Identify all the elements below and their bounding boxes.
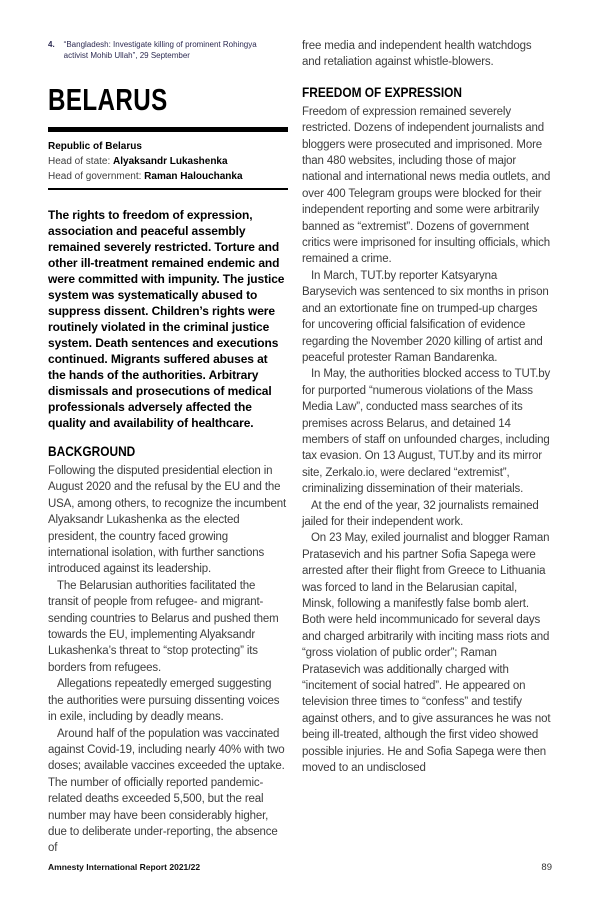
report-page: 4. “Bangladesh: Investigate killing of p… xyxy=(0,0,600,921)
background-paragraph-1: Following the disputed presidential elec… xyxy=(48,463,288,578)
background-paragraph-2: The Belarusian authorities facilitated t… xyxy=(48,578,288,676)
footer-page-number: 89 xyxy=(541,862,552,873)
right-column: free media and independent health watchd… xyxy=(302,38,552,857)
head-of-government-label: Head of government: xyxy=(48,171,144,182)
footnote-number: 4. xyxy=(48,40,55,61)
intro-paragraph: The rights to freedom of expression, ass… xyxy=(48,207,288,431)
country-title: BELARUS xyxy=(48,84,235,116)
head-of-government-value: Raman Halouchanka xyxy=(144,171,242,182)
background-paragraph-3: Allegations repeatedly emerged suggestin… xyxy=(48,676,288,725)
head-of-state-value: Alyaksandr Lukashenka xyxy=(113,156,228,167)
background-section-body: Following the disputed presidential elec… xyxy=(48,463,288,857)
two-column-layout: 4. “Bangladesh: Investigate killing of p… xyxy=(0,0,600,857)
head-of-state-line: Head of state: Alyaksandr Lukashenka xyxy=(48,154,288,169)
head-of-state-label: Head of state: xyxy=(48,156,113,167)
section-heading-background: BACKGROUND xyxy=(48,444,252,459)
section-heading-freedom-of-expression: FREEDOM OF EXPRESSION xyxy=(302,85,515,100)
page-footer: Amnesty International Report 2021/22 89 xyxy=(48,862,552,873)
official-name-line: Republic of Belarus xyxy=(48,139,288,154)
background-continuation: free media and independent health watchd… xyxy=(302,38,552,71)
freedom-paragraph-3: In May, the authorities blocked access t… xyxy=(302,366,552,497)
background-paragraph-4: Around half of the population was vaccin… xyxy=(48,726,288,857)
freedom-paragraph-4: At the end of the year, 32 journalists r… xyxy=(302,498,552,531)
info-rule xyxy=(48,188,288,190)
footer-report-title: Amnesty International Report 2021/22 xyxy=(48,862,200,872)
freedom-paragraph-5: On 23 May, exiled journalist and blogger… xyxy=(302,530,552,776)
footnote: 4. “Bangladesh: Investigate killing of p… xyxy=(48,40,270,61)
left-column: 4. “Bangladesh: Investigate killing of p… xyxy=(48,38,288,857)
background-continuation-paragraph: free media and independent health watchd… xyxy=(302,38,552,71)
freedom-paragraph-2: In March, TUT.by reporter Katsyaryna Bar… xyxy=(302,268,552,366)
head-of-government-line: Head of government: Raman Halouchanka xyxy=(48,169,288,184)
country-info-block: Republic of Belarus Head of state: Alyak… xyxy=(48,139,288,184)
footnote-text: “Bangladesh: Investigate killing of prom… xyxy=(64,40,270,61)
freedom-section-body: Freedom of expression remained severely … xyxy=(302,104,552,777)
freedom-paragraph-1: Freedom of expression remained severely … xyxy=(302,104,552,268)
title-rule xyxy=(48,127,288,132)
official-name: Republic of Belarus xyxy=(48,141,142,152)
